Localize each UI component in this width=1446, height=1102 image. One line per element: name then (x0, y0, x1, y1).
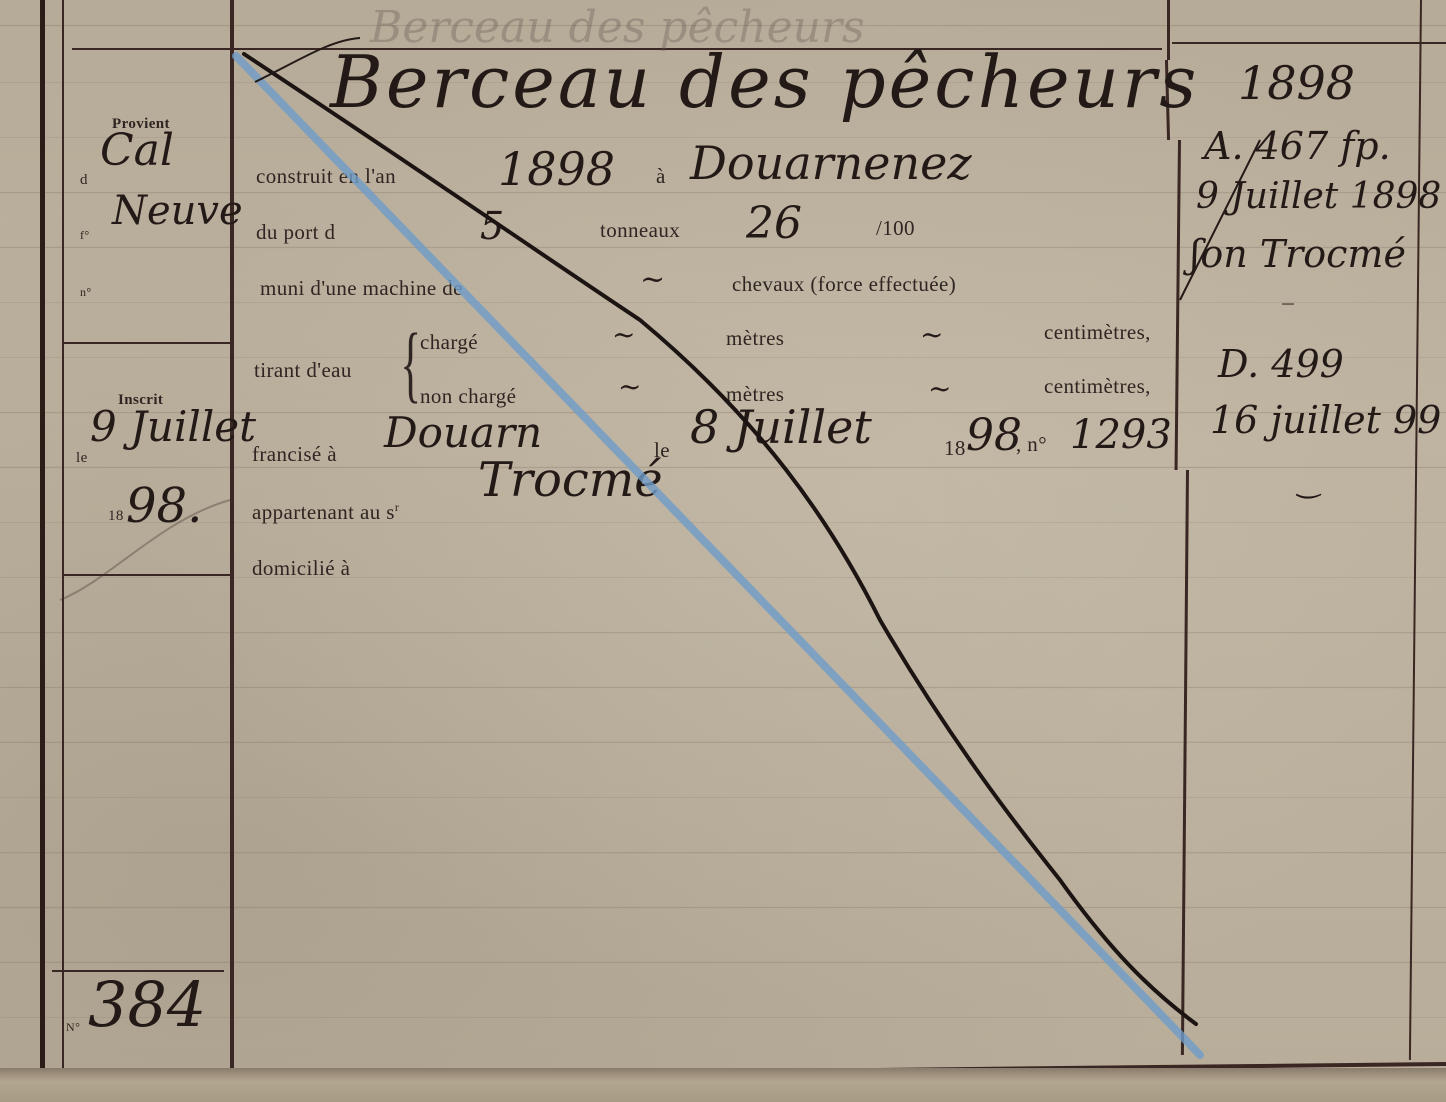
right-flourish (1180, 140, 1260, 300)
inscrit-flourish (60, 500, 230, 600)
ink-strike (244, 54, 1196, 1024)
name-flourish (255, 38, 360, 82)
document-page: Berceau des pêcheurs Berceau des pêcheur… (0, 0, 1446, 1102)
blue-pencil-strike (236, 56, 1200, 1055)
cancellation-strokes (0, 0, 1446, 1102)
